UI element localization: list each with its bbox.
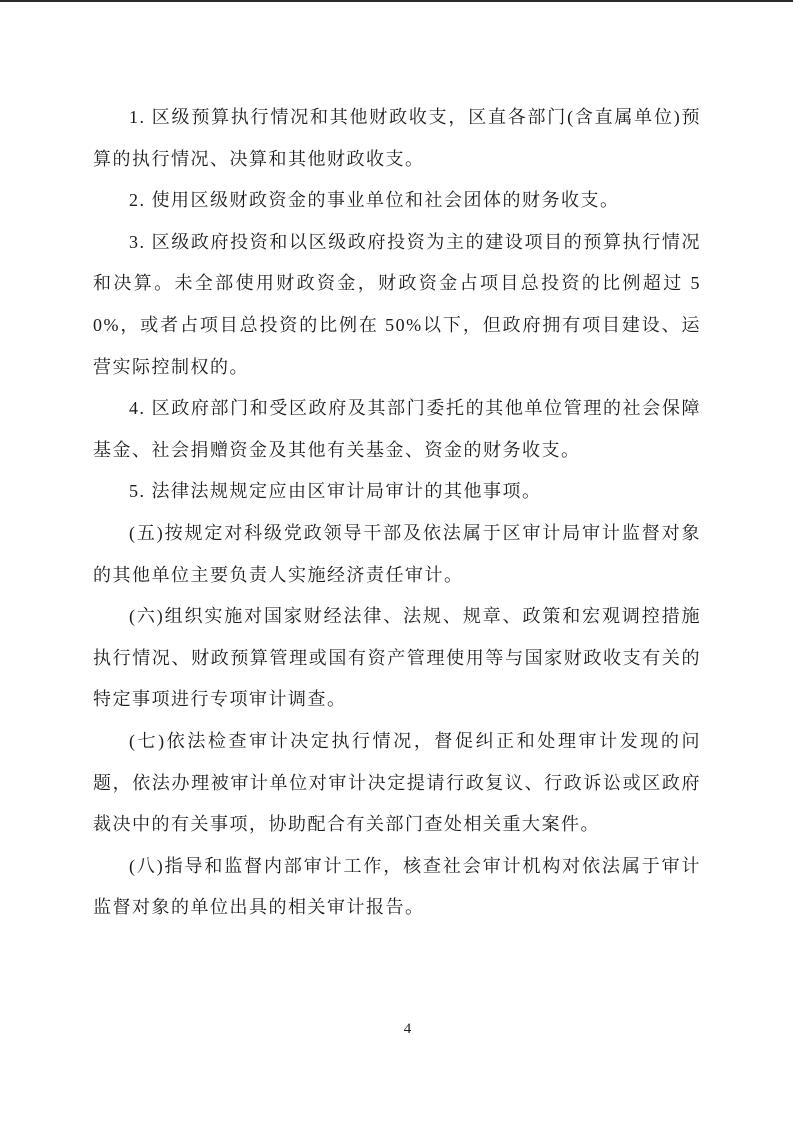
document-page: 1. 区级预算执行情况和其他财政收支，区直各部门(含直属单位)预算的执行情况、决…: [0, 0, 793, 1122]
page-footer: 4: [0, 1020, 793, 1038]
para-item-3: 3. 区级政府投资和以区级政府投资为主的建设项目的预算执行情况和决算。未全部使用…: [93, 222, 701, 388]
para-item-2: 2. 使用区级财政资金的事业单位和社会团体的财务收支。: [93, 180, 701, 222]
para-item-5: 5. 法律法规规定应由区审计局审计的其他事项。: [93, 471, 701, 513]
para-item-1: 1. 区级预算执行情况和其他财政收支，区直各部门(含直属单位)预算的执行情况、决…: [93, 97, 701, 180]
scan-edge-artifact: [0, 0, 793, 2]
document-body: 1. 区级预算执行情况和其他财政收支，区直各部门(含直属单位)预算的执行情况、决…: [93, 97, 701, 929]
para-section-8: (八)指导和监督内部审计工作，核查社会审计机构对依法属于审计监督对象的单位出具的…: [93, 846, 701, 929]
para-section-6: (六)组织实施对国家财经法律、法规、规章、政策和宏观调控措施执行情况、财政预算管…: [93, 596, 701, 721]
para-item-4: 4. 区政府部门和受区政府及其部门委托的其他单位管理的社会保障基金、社会捐赠资金…: [93, 388, 701, 471]
para-section-5: (五)按规定对科级党政领导干部及依法属于区审计局审计监督对象的其他单位主要负责人…: [93, 513, 701, 596]
para-section-7: (七)依法检查审计决定执行情况，督促纠正和处理审计发现的问题，依法办理被审计单位…: [93, 721, 701, 846]
page-number: 4: [404, 1021, 412, 1038]
